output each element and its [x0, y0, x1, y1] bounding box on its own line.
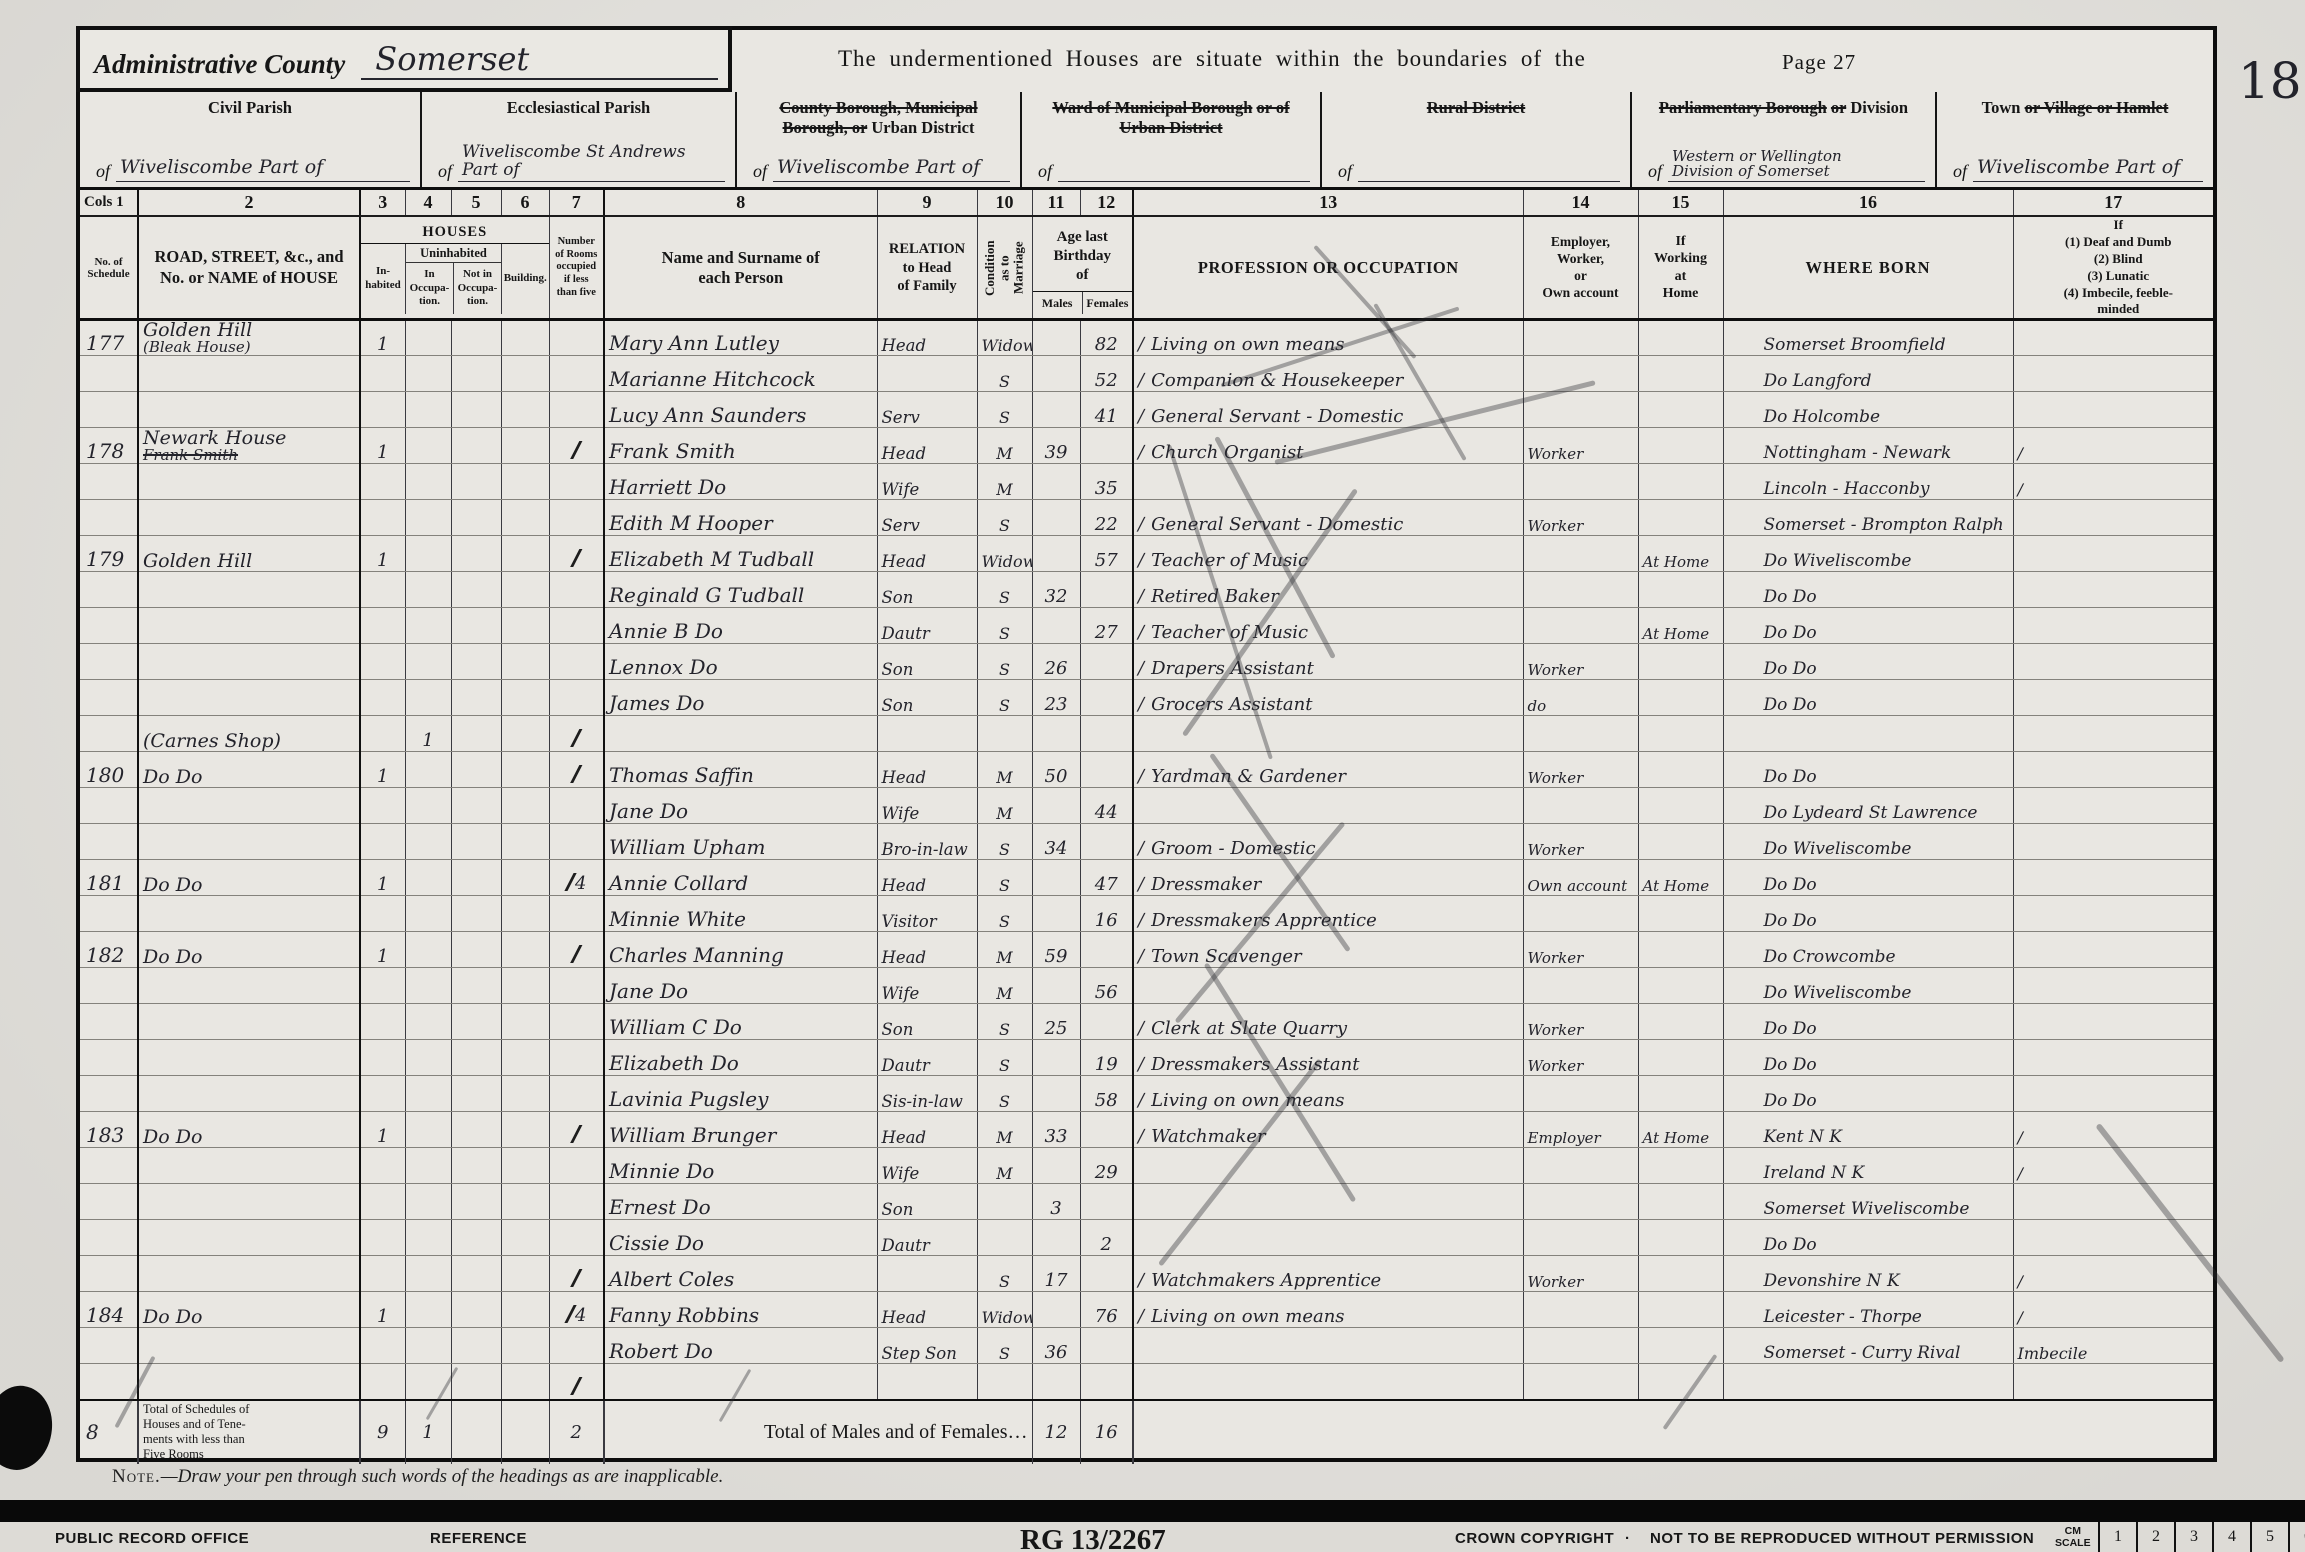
town-village-value: Wiveliscombe Part of	[1973, 158, 2203, 182]
cell-where-born: Do Do	[1723, 896, 2013, 932]
cell-schedule-no	[80, 608, 138, 644]
cell-working-at-home	[1638, 680, 1723, 716]
cell-uninhabited-in-occupation	[405, 968, 451, 1004]
cell-rooms: ∕∕	[549, 536, 604, 572]
col-header-not-in-occupation: Not in Occupa- tion.	[454, 263, 501, 314]
total-females-value: 16	[1080, 1400, 1133, 1464]
cell-working-at-home	[1638, 320, 1723, 356]
cell-age-female: 58	[1080, 1076, 1133, 1112]
cell-name	[604, 1364, 877, 1400]
parliamentary-borough-box: Parliamentary Borough or Division ofWest…	[1632, 92, 1937, 187]
cell-uninhabited-in-occupation	[405, 788, 451, 824]
cell-building	[501, 752, 549, 788]
cell-relation: Dautr	[877, 1220, 977, 1256]
cell-building	[501, 1220, 549, 1256]
cell-inhabited	[360, 716, 405, 752]
cell-name: Fanny Robbins	[604, 1292, 877, 1328]
cell-working-at-home	[1638, 644, 1723, 680]
cell-uninhabited-in-occupation	[405, 536, 451, 572]
cell-age-female: 44	[1080, 788, 1133, 824]
cell-uninhabited-in-occupation	[405, 356, 451, 392]
cell-age-male	[1032, 1076, 1080, 1112]
cell-schedule-no	[80, 1184, 138, 1220]
cell-schedule-no	[80, 716, 138, 752]
cell-relation: Son	[877, 680, 977, 716]
cell-name: Mary Ann Lutley	[604, 320, 877, 356]
cell-schedule-no	[80, 464, 138, 500]
cell-occupation: ∕Living on own means	[1133, 1076, 1523, 1112]
ruler-cm-4: 4	[2212, 1522, 2250, 1552]
cell-inhabited	[360, 356, 405, 392]
totals-row: 8 Total of Schedules of Houses and of Te…	[80, 1400, 2213, 1464]
total-rooms-value: 2	[549, 1400, 604, 1464]
cell-uninhabited-in-occupation	[405, 1148, 451, 1184]
cell-condition: S	[977, 500, 1032, 536]
cell-schedule-no	[80, 1040, 138, 1076]
town-village-box: Town or Village or Hamlet ofWiveliscombe…	[1937, 92, 2213, 187]
cell-road-street: Newark HouseFrank Smith	[138, 428, 360, 464]
cell-employer	[1523, 392, 1638, 428]
cell-condition: S	[977, 1040, 1032, 1076]
cell-age-male: 36	[1032, 1328, 1080, 1364]
cell-where-born: Lincoln - Hacconby	[1723, 464, 2013, 500]
cell-where-born: Do Do	[1723, 1040, 2013, 1076]
cell-building	[501, 356, 549, 392]
cell-schedule-no	[80, 1256, 138, 1292]
cell-employer	[1523, 1220, 1638, 1256]
col-header-age-females: Females	[1083, 292, 1132, 314]
cell-uninhabited-not-in-occupation	[451, 788, 501, 824]
cell-condition	[977, 1364, 1032, 1400]
cell-name: Reginald G Tudball	[604, 572, 877, 608]
person-row: 183Do Do1∕∕William BrungerHeadM33∕Watchm…	[80, 1112, 2213, 1148]
cell-employer	[1523, 1328, 1638, 1364]
cell-uninhabited-not-in-occupation	[451, 644, 501, 680]
col-header-road-street: ROAD, STREET, &c., and No. or NAME of HO…	[138, 216, 360, 320]
column-number-10: 10	[977, 190, 1032, 216]
ward-value	[1058, 158, 1310, 182]
cell-age-female	[1080, 932, 1133, 968]
cell-road-street: Do Do	[138, 1112, 360, 1148]
column-number-2: 2	[138, 190, 360, 216]
cell-building	[501, 824, 549, 860]
person-row: Jane DoWifeM44Do Lydeard St Lawrence	[80, 788, 2213, 824]
parliamentary-borough-label: Parliamentary Borough or Division	[1632, 92, 1935, 118]
cell-infirmity	[2013, 1076, 2213, 1112]
cell-where-born: Do Holcombe	[1723, 392, 2013, 428]
cell-schedule-no	[80, 824, 138, 860]
cell-condition: M	[977, 968, 1032, 1004]
cell-rooms	[549, 320, 604, 356]
cell-road-street	[138, 1364, 360, 1400]
cell-road-street	[138, 464, 360, 500]
cell-inhabited: 1	[360, 536, 405, 572]
cell-relation	[877, 716, 977, 752]
cell-where-born: Do Wiveliscombe	[1723, 968, 2013, 1004]
cell-schedule-no	[80, 1004, 138, 1040]
cell-relation: Step Son	[877, 1328, 977, 1364]
cell-rooms	[549, 392, 604, 428]
cell-schedule-no	[80, 572, 138, 608]
cell-employer: Worker	[1523, 500, 1638, 536]
cell-age-male	[1032, 356, 1080, 392]
cell-condition: M	[977, 464, 1032, 500]
cell-infirmity	[2013, 896, 2213, 932]
cell-age-male	[1032, 716, 1080, 752]
page-number: Page 27	[1782, 50, 1856, 75]
cell-condition: S	[977, 608, 1032, 644]
cell-working-at-home: At Home	[1638, 608, 1723, 644]
footer-cm-ruler: 123456	[2098, 1522, 2305, 1552]
column-number-5: 5	[451, 190, 501, 216]
cell-road-street	[138, 608, 360, 644]
cell-relation: Serv	[877, 500, 977, 536]
cell-occupation	[1133, 788, 1523, 824]
cell-where-born: Do Wiveliscombe	[1723, 536, 2013, 572]
cell-working-at-home	[1638, 1328, 1723, 1364]
cell-inhabited: 1	[360, 860, 405, 896]
cell-schedule-no	[80, 500, 138, 536]
person-row: Cissie DoDautr2Do Do	[80, 1220, 2213, 1256]
cell-schedule-no	[80, 644, 138, 680]
cell-working-at-home: At Home	[1638, 860, 1723, 896]
cell-condition: S	[977, 572, 1032, 608]
total-males-value: 12	[1032, 1400, 1080, 1464]
cell-rooms	[549, 824, 604, 860]
ecclesiastical-parish-box: Ecclesiastical Parish ofWiveliscombe St …	[422, 92, 737, 187]
cell-employer: do	[1523, 680, 1638, 716]
cell-uninhabited-not-in-occupation	[451, 572, 501, 608]
cell-infirmity: ∕	[2013, 428, 2213, 464]
person-row: 181Do Do1∕∕4Annie CollardHeadS47∕Dressma…	[80, 860, 2213, 896]
cell-age-female: 47	[1080, 860, 1133, 896]
col-header-uninhabited-group: Uninhabited In Occupa- tion. Not in Occu…	[406, 244, 502, 314]
cell-building	[501, 1148, 549, 1184]
cell-name: Elizabeth M Tudball	[604, 536, 877, 572]
census-form: Administrative County Somerset The under…	[76, 26, 2217, 1462]
col-header-schedule: No. of Schedule	[80, 216, 138, 320]
cell-building	[501, 320, 549, 356]
cell-occupation: ∕Watchmakers Apprentice	[1133, 1256, 1523, 1292]
town-village-label: Town or Village or Hamlet	[1937, 92, 2213, 118]
cell-age-male: 17	[1032, 1256, 1080, 1292]
cell-rooms	[549, 500, 604, 536]
person-row: Annie B DoDautrS27∕Teacher of MusicAt Ho…	[80, 608, 2213, 644]
cell-age-female: 57	[1080, 536, 1133, 572]
cell-condition	[977, 716, 1032, 752]
cell-working-at-home	[1638, 1148, 1723, 1184]
cell-employer	[1523, 1292, 1638, 1328]
cell-infirmity	[2013, 860, 2213, 896]
cell-rooms: ∕∕	[549, 1112, 604, 1148]
cell-working-at-home	[1638, 1076, 1723, 1112]
column-number-15: 15	[1638, 190, 1723, 216]
houses-group-title: HOUSES	[361, 222, 549, 244]
cell-rooms	[549, 1184, 604, 1220]
cell-schedule-no: 177	[80, 320, 138, 356]
civil-parish-box: Civil Parish ofWiveliscombe Part of	[80, 92, 422, 187]
cell-name: Lavinia Pugsley	[604, 1076, 877, 1112]
cell-age-female: 19	[1080, 1040, 1133, 1076]
cell-name: Harriett Do	[604, 464, 877, 500]
cell-condition: M	[977, 1148, 1032, 1184]
cell-age-male: 26	[1032, 644, 1080, 680]
ruler-cm-5: 5	[2250, 1522, 2288, 1552]
cell-road-street	[138, 680, 360, 716]
cell-relation: Wife	[877, 788, 977, 824]
column-number-row: Cols 1234567891011121314151617	[80, 190, 2213, 216]
cell-building	[501, 1112, 549, 1148]
cell-relation: Wife	[877, 464, 977, 500]
cell-road-street: Do Do	[138, 752, 360, 788]
cell-rooms	[549, 968, 604, 1004]
cell-uninhabited-in-occupation	[405, 752, 451, 788]
col-header-working-at-home: If Working at Home	[1638, 216, 1723, 320]
cell-building	[501, 860, 549, 896]
rural-district-value	[1358, 158, 1620, 182]
cell-uninhabited-in-occupation	[405, 824, 451, 860]
cell-occupation: ∕Groom - Domestic	[1133, 824, 1523, 860]
cell-relation: Head	[877, 752, 977, 788]
cell-infirmity: ∕	[2013, 1112, 2213, 1148]
col-header-employer: Employer, Worker, or Own account	[1523, 216, 1638, 320]
cell-uninhabited-not-in-occupation	[451, 968, 501, 1004]
enumeration-table: Cols 1234567891011121314151617 No. of Sc…	[80, 190, 2213, 1464]
cell-uninhabited-not-in-occupation	[451, 680, 501, 716]
cell-working-at-home	[1638, 500, 1723, 536]
cell-schedule-no: 179	[80, 536, 138, 572]
cell-age-female	[1080, 1328, 1133, 1364]
cell-uninhabited-not-in-occupation	[451, 1364, 501, 1400]
col-header-building: Building.	[502, 244, 549, 314]
cell-occupation	[1133, 1220, 1523, 1256]
of-label: of	[753, 161, 767, 182]
cell-occupation: ∕Dressmaker	[1133, 860, 1523, 896]
cell-condition: Widow	[977, 320, 1032, 356]
person-row: Minnie DoWifeM29Ireland N K∕	[80, 1148, 2213, 1184]
col-header-age-males: Males	[1033, 292, 1083, 314]
cell-occupation	[1133, 1364, 1523, 1400]
administrative-county-box: Administrative County Somerset	[76, 26, 732, 92]
cell-road-street	[138, 356, 360, 392]
ecclesiastical-parish-label: Ecclesiastical Parish	[422, 92, 735, 118]
cell-schedule-no: 180	[80, 752, 138, 788]
cell-condition: M	[977, 788, 1032, 824]
cell-inhabited	[360, 680, 405, 716]
cell-working-at-home	[1638, 1040, 1723, 1076]
cell-building	[501, 464, 549, 500]
column-number-7: 7	[549, 190, 604, 216]
cell-relation: Serv	[877, 392, 977, 428]
cell-relation: Sis-in-law	[877, 1076, 977, 1112]
cell-where-born	[1723, 1364, 2013, 1400]
cell-occupation: ∕General Servant - Domestic	[1133, 392, 1523, 428]
cell-occupation: ∕Companion & Housekeeper	[1133, 356, 1523, 392]
cell-infirmity	[2013, 968, 2213, 1004]
cell-where-born: Somerset - Brompton Ralph	[1723, 500, 2013, 536]
cell-inhabited: 1	[360, 752, 405, 788]
cell-uninhabited-in-occupation	[405, 1076, 451, 1112]
cell-employer: Worker	[1523, 824, 1638, 860]
footnote-caption: Note.	[112, 1466, 161, 1487]
cell-building	[501, 1040, 549, 1076]
cell-inhabited: 1	[360, 1292, 405, 1328]
situate-statement: The undermentioned Houses are situate wi…	[838, 46, 1586, 72]
cell-relation: Son	[877, 572, 977, 608]
cell-uninhabited-not-in-occupation	[451, 608, 501, 644]
cell-age-female	[1080, 1112, 1133, 1148]
cell-name: Albert Coles	[604, 1256, 877, 1292]
cell-building	[501, 572, 549, 608]
cell-condition: S	[977, 1004, 1032, 1040]
cell-name: Annie Collard	[604, 860, 877, 896]
cell-rooms	[549, 608, 604, 644]
cell-uninhabited-not-in-occupation	[451, 1076, 501, 1112]
cell-where-born: Ireland N K	[1723, 1148, 2013, 1184]
cell-where-born: Kent N K	[1723, 1112, 2013, 1148]
cell-age-male	[1032, 968, 1080, 1004]
cell-employer	[1523, 1148, 1638, 1184]
cell-name: Minnie Do	[604, 1148, 877, 1184]
cell-infirmity	[2013, 356, 2213, 392]
cell-rooms: ∕∕	[549, 752, 604, 788]
cell-schedule-no	[80, 356, 138, 392]
cell-rooms	[549, 896, 604, 932]
cell-condition: S	[977, 680, 1032, 716]
cell-rooms	[549, 1040, 604, 1076]
cell-uninhabited-not-in-occupation	[451, 1004, 501, 1040]
person-row: 180Do Do1∕∕Thomas SaffinHeadM50∕Yardman …	[80, 752, 2213, 788]
cell-rooms	[549, 464, 604, 500]
cell-working-at-home	[1638, 824, 1723, 860]
cell-working-at-home	[1638, 716, 1723, 752]
cell-inhabited	[360, 1220, 405, 1256]
cell-occupation: ∕Church Organist	[1133, 428, 1523, 464]
person-row: Edith M HooperServS22∕General Servant - …	[80, 500, 2213, 536]
cell-building	[501, 1292, 549, 1328]
cell-inhabited	[360, 500, 405, 536]
person-row: Harriett DoWifeM35Lincoln - Hacconby∕	[80, 464, 2213, 500]
cell-employer: Worker	[1523, 428, 1638, 464]
cell-schedule-no	[80, 788, 138, 824]
cell-age-female: 16	[1080, 896, 1133, 932]
cell-age-male	[1032, 1148, 1080, 1184]
cell-road-street: Do Do	[138, 860, 360, 896]
cell-inhabited	[360, 1328, 405, 1364]
ward-label: Ward of Municipal Borough or of Urban Di…	[1022, 92, 1320, 138]
cell-uninhabited-in-occupation	[405, 500, 451, 536]
person-row: Jane DoWifeM56Do Wiveliscombe	[80, 968, 2213, 1004]
cell-rooms	[549, 572, 604, 608]
cell-rooms: ∕∕	[549, 932, 604, 968]
cell-name: Edith M Hooper	[604, 500, 877, 536]
cell-uninhabited-not-in-occupation	[451, 752, 501, 788]
cell-age-female: 22	[1080, 500, 1133, 536]
person-row: 182Do Do1∕∕Charles ManningHeadM59∕Town S…	[80, 932, 2213, 968]
cell-building	[501, 1184, 549, 1220]
cell-condition: S	[977, 1256, 1032, 1292]
cell-road-street	[138, 1004, 360, 1040]
cell-occupation: ∕Dressmakers Assistant	[1133, 1040, 1523, 1076]
footer-copyright: CROWN COPYRIGHT	[1455, 1530, 1614, 1547]
cell-inhabited	[360, 788, 405, 824]
person-row: Minnie WhiteVisitorS16∕Dressmakers Appre…	[80, 896, 2213, 932]
person-row: (Carnes Shop)1∕∕	[80, 716, 2213, 752]
cell-where-born: Do Do	[1723, 860, 2013, 896]
cell-occupation	[1133, 464, 1523, 500]
col-header-in-occupation: In Occupa- tion.	[406, 263, 454, 314]
cell-relation: Head	[877, 320, 977, 356]
cell-uninhabited-not-in-occupation	[451, 1040, 501, 1076]
cell-age-female	[1080, 1364, 1133, 1400]
cell-rooms	[549, 1004, 604, 1040]
cell-age-male	[1032, 1040, 1080, 1076]
cell-name: Elizabeth Do	[604, 1040, 877, 1076]
cell-road-street: Do Do	[138, 1292, 360, 1328]
cell-inhabited	[360, 968, 405, 1004]
cell-uninhabited-not-in-occupation	[451, 1184, 501, 1220]
col-header-where-born: WHERE BORN	[1723, 216, 2013, 320]
cell-road-street	[138, 824, 360, 860]
cell-age-female: 41	[1080, 392, 1133, 428]
cell-name: Marianne Hitchcock	[604, 356, 877, 392]
cell-employer	[1523, 896, 1638, 932]
cell-inhabited: 1	[360, 1112, 405, 1148]
col-header-relation: RELATION to Head of Family	[877, 216, 977, 320]
cell-infirmity: ∕	[2013, 1292, 2213, 1328]
cell-relation: Wife	[877, 1148, 977, 1184]
column-number-11: 11	[1032, 190, 1080, 216]
ecclesiastical-parish-value: Wiveliscombe St Andrews Part of	[458, 144, 725, 182]
cell-infirmity	[2013, 320, 2213, 356]
cell-uninhabited-in-occupation	[405, 1256, 451, 1292]
cell-condition: S	[977, 392, 1032, 428]
col-header-rooms: Number of Rooms occupied if less than fi…	[549, 216, 604, 320]
ruler-cm-3: 3	[2174, 1522, 2212, 1552]
cell-road-street	[138, 500, 360, 536]
cell-occupation: ∕Town Scavenger	[1133, 932, 1523, 968]
cell-road-street	[138, 572, 360, 608]
cell-occupation	[1133, 1328, 1523, 1364]
cell-age-male	[1032, 1292, 1080, 1328]
cell-uninhabited-in-occupation	[405, 860, 451, 896]
cell-where-born: Somerset Wiveliscombe	[1723, 1184, 2013, 1220]
uninhabited-title: Uninhabited	[406, 244, 501, 263]
cell-uninhabited-in-occupation	[405, 1292, 451, 1328]
cell-uninhabited-in-occupation	[405, 1040, 451, 1076]
cell-employer	[1523, 464, 1638, 500]
cell-age-male: 23	[1032, 680, 1080, 716]
cell-schedule-no	[80, 392, 138, 428]
cell-working-at-home	[1638, 932, 1723, 968]
cell-occupation: ∕Living on own means	[1133, 320, 1523, 356]
col-header-profession: PROFESSION OR OCCUPATION	[1133, 216, 1523, 320]
cell-relation: Visitor	[877, 896, 977, 932]
cell-occupation: ∕Dressmakers Apprentice	[1133, 896, 1523, 932]
cell-name: William Upham	[604, 824, 877, 860]
cell-name	[604, 716, 877, 752]
cell-age-male: 59	[1032, 932, 1080, 968]
cell-road-street: Do Do	[138, 932, 360, 968]
cell-uninhabited-not-in-occupation	[451, 356, 501, 392]
cell-uninhabited-not-in-occupation	[451, 428, 501, 464]
cell-name: Thomas Saffin	[604, 752, 877, 788]
col-header-infirmities: If (1) Deaf and Dumb (2) Blind (3) Lunat…	[2013, 216, 2213, 320]
person-row: 179Golden Hill1∕∕Elizabeth M TudballHead…	[80, 536, 2213, 572]
cell-building	[501, 1076, 549, 1112]
cell-inhabited	[360, 1256, 405, 1292]
cell-employer	[1523, 968, 1638, 1004]
